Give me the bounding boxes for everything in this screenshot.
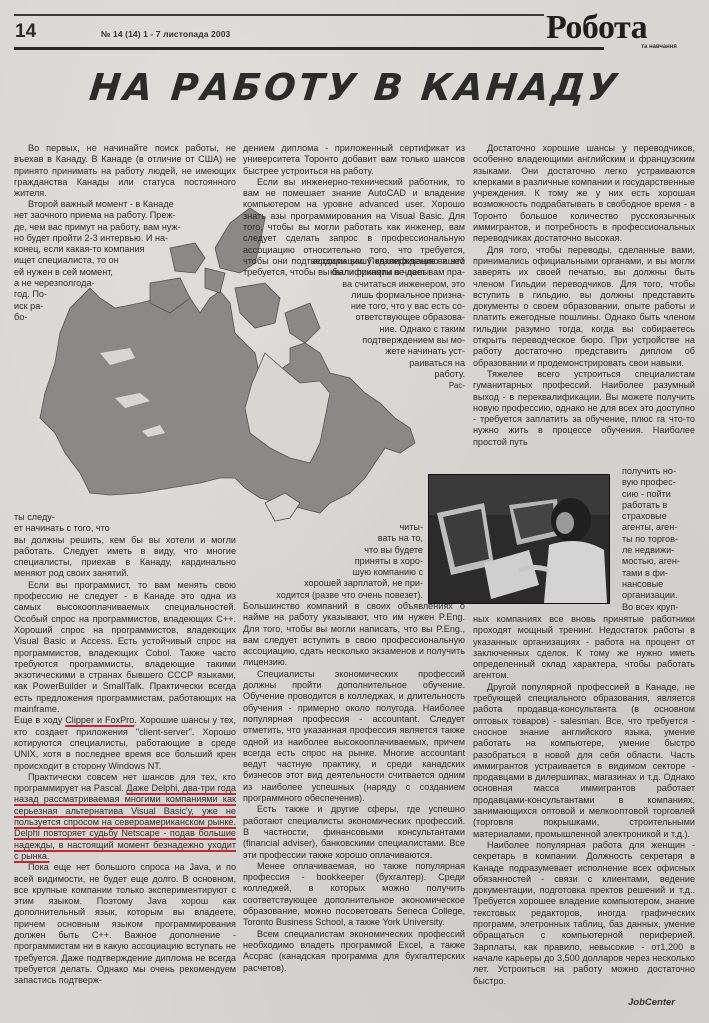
paragraph: Пока еще нет большого спроса на Java, и …: [14, 862, 236, 986]
text-line: организации.: [622, 590, 695, 601]
text-line: ние. Однако с таким: [243, 324, 465, 335]
text-line: конец, если какая-то компания: [14, 244, 214, 255]
text-line: а не черезполгода-: [14, 278, 214, 289]
text-line: Второй важный момент - в Канаде: [14, 199, 214, 210]
text-line: иск ра-: [14, 301, 214, 312]
text-line: но будет пройти 2-3 интервью. И на-: [14, 233, 214, 244]
paragraph: Во первых, не начинайте поиск работы, не…: [14, 143, 236, 199]
text-line: агенты, аген-: [622, 522, 695, 533]
col2-bottom: Большинство компаний в своих объявлениях…: [243, 601, 465, 974]
text-line: жете начинать уст-: [243, 346, 465, 357]
paragraph: Тяжелее всего устроиться специалистам гу…: [473, 369, 695, 448]
col3-top: Достаточно хорошие шансы у переводчиков,…: [473, 143, 695, 448]
col3-bottom: ных компаниях все вновь принятые работни…: [473, 614, 695, 987]
header-rule-top: [14, 14, 544, 16]
paragraph: Специалисты экономических профессий долж…: [243, 669, 465, 805]
text-line: тами в фи-: [622, 568, 695, 579]
text-line: ищет специалиста, то он: [14, 255, 214, 266]
paragraph: Большинство компаний в своих объявлениях…: [243, 601, 465, 669]
paragraph: дением диплома - приложенный сертификат …: [243, 143, 465, 177]
text-line: раиваться на: [243, 358, 465, 369]
col3-wrap-photo: получить но- вую профес- сию - пойти раб…: [622, 466, 695, 613]
text-span: Еще в ходу: [14, 715, 65, 725]
text-line: лишь формальное призна-: [243, 290, 465, 301]
newspaper-logo-subtitle: та навчання: [641, 44, 677, 50]
underlined-text-clipper-foxpro: Clipper и FoxPro: [65, 715, 134, 725]
text-line: вую профес-: [622, 477, 695, 488]
text-line: ние того, что у вас есть со-: [243, 301, 465, 312]
paragraph: ных компаниях все вновь принятые работни…: [473, 614, 695, 682]
text-line: год. По-: [14, 289, 214, 300]
text-line: де, чем вас примут на работу, вам нуж-: [14, 222, 214, 233]
text-line: сию - пойти: [622, 489, 695, 500]
text-line: ей нужен в сей момент,: [14, 267, 214, 278]
text-line: ле недвижи-: [622, 545, 695, 556]
paragraph: Достаточно хорошие шансы у переводчиков,…: [473, 143, 695, 245]
paragraph: Для того, чтобы переводы, сделанные вами…: [473, 245, 695, 369]
text-line: работать в: [622, 500, 695, 511]
col1-paragraph-2: Второй важный момент - в Канаде нет заоч…: [14, 199, 214, 323]
text-line: читы-: [243, 522, 423, 533]
article-title: НА РАБОТУ В КАНАДУ: [0, 66, 709, 109]
text-line: ты следу-: [14, 512, 236, 523]
text-line: ва считаться инженером, это: [243, 279, 465, 290]
paragraph: Есть также и другие сферы, где успешно р…: [243, 804, 465, 860]
text-line: Во всех круп-: [622, 602, 695, 613]
text-line: ответствующее образова-: [243, 312, 465, 323]
col2-wrap-photo: читы- вать на то, что вы будете приняты …: [243, 522, 423, 601]
article-credit: JobCenter: [628, 997, 675, 1008]
paragraph: Если вы программист, то вам менять свою …: [14, 580, 236, 716]
photo-woman-at-computer: [428, 474, 610, 604]
text-line: Рас-: [243, 380, 465, 391]
paragraph: вы должны решить, кем бы вы хотели и мог…: [14, 535, 236, 580]
text-line: работу.: [243, 369, 465, 380]
text-line: ходится (разве что очень повезет).: [243, 590, 423, 601]
page-number: 14: [15, 21, 36, 43]
text-line: страховые: [622, 511, 695, 522]
text-line: ет начинать с того, что: [14, 523, 236, 534]
text-line: приняты в хоро-: [243, 556, 423, 567]
header-rule-bottom: [14, 47, 604, 50]
text-line: получить но-: [622, 466, 695, 477]
text-line: шую компанию с: [243, 567, 423, 578]
text-line: мостью, аген-: [622, 556, 695, 567]
text-line: нансовые: [622, 579, 695, 590]
text-line: подтверждением вы мо-: [243, 335, 465, 346]
col2-wrap-right: ассоциации. Подтверждение вашей квалифик…: [243, 256, 465, 392]
text-line: ассоциации. Подтверждение вашей: [243, 256, 465, 267]
text-line: ты по торгов-: [622, 534, 695, 545]
paragraph: Наиболее популярная работа для женщин - …: [473, 840, 695, 987]
text-line: квалификации не дает вам пра-: [243, 267, 465, 278]
text-line: хорошей зарплатой, не при-: [243, 578, 423, 589]
text-line: вать на то,: [243, 533, 423, 544]
photo-illustration: [429, 475, 609, 603]
col1-paragraph-3: ты следу- ет начинать с того, что вы дол…: [14, 512, 236, 986]
issue-date: № 14 (14) 1 - 7 листопада 2003: [101, 29, 230, 39]
newspaper-page: 14 № 14 (14) 1 - 7 листопада 2003 Робота…: [0, 0, 709, 1023]
text-line: что вы будете: [243, 545, 423, 556]
text-line: нет заочного приема на работу. Преж-: [14, 210, 214, 221]
newspaper-logo: Робота: [546, 10, 647, 46]
paragraph: Менее оплачиваемая, но также популярная …: [243, 861, 465, 929]
paragraph: Всем специалистам экономических професси…: [243, 929, 465, 974]
text-line: бо-: [14, 312, 214, 323]
paragraph: Другой популярной профессией в Канаде, н…: [473, 682, 695, 840]
underlined-text-delphi: Даже Delphi, два-три года назад рассматр…: [14, 783, 236, 861]
col1-paragraph-1: Во первых, не начинайте поиск работы, не…: [14, 143, 236, 199]
